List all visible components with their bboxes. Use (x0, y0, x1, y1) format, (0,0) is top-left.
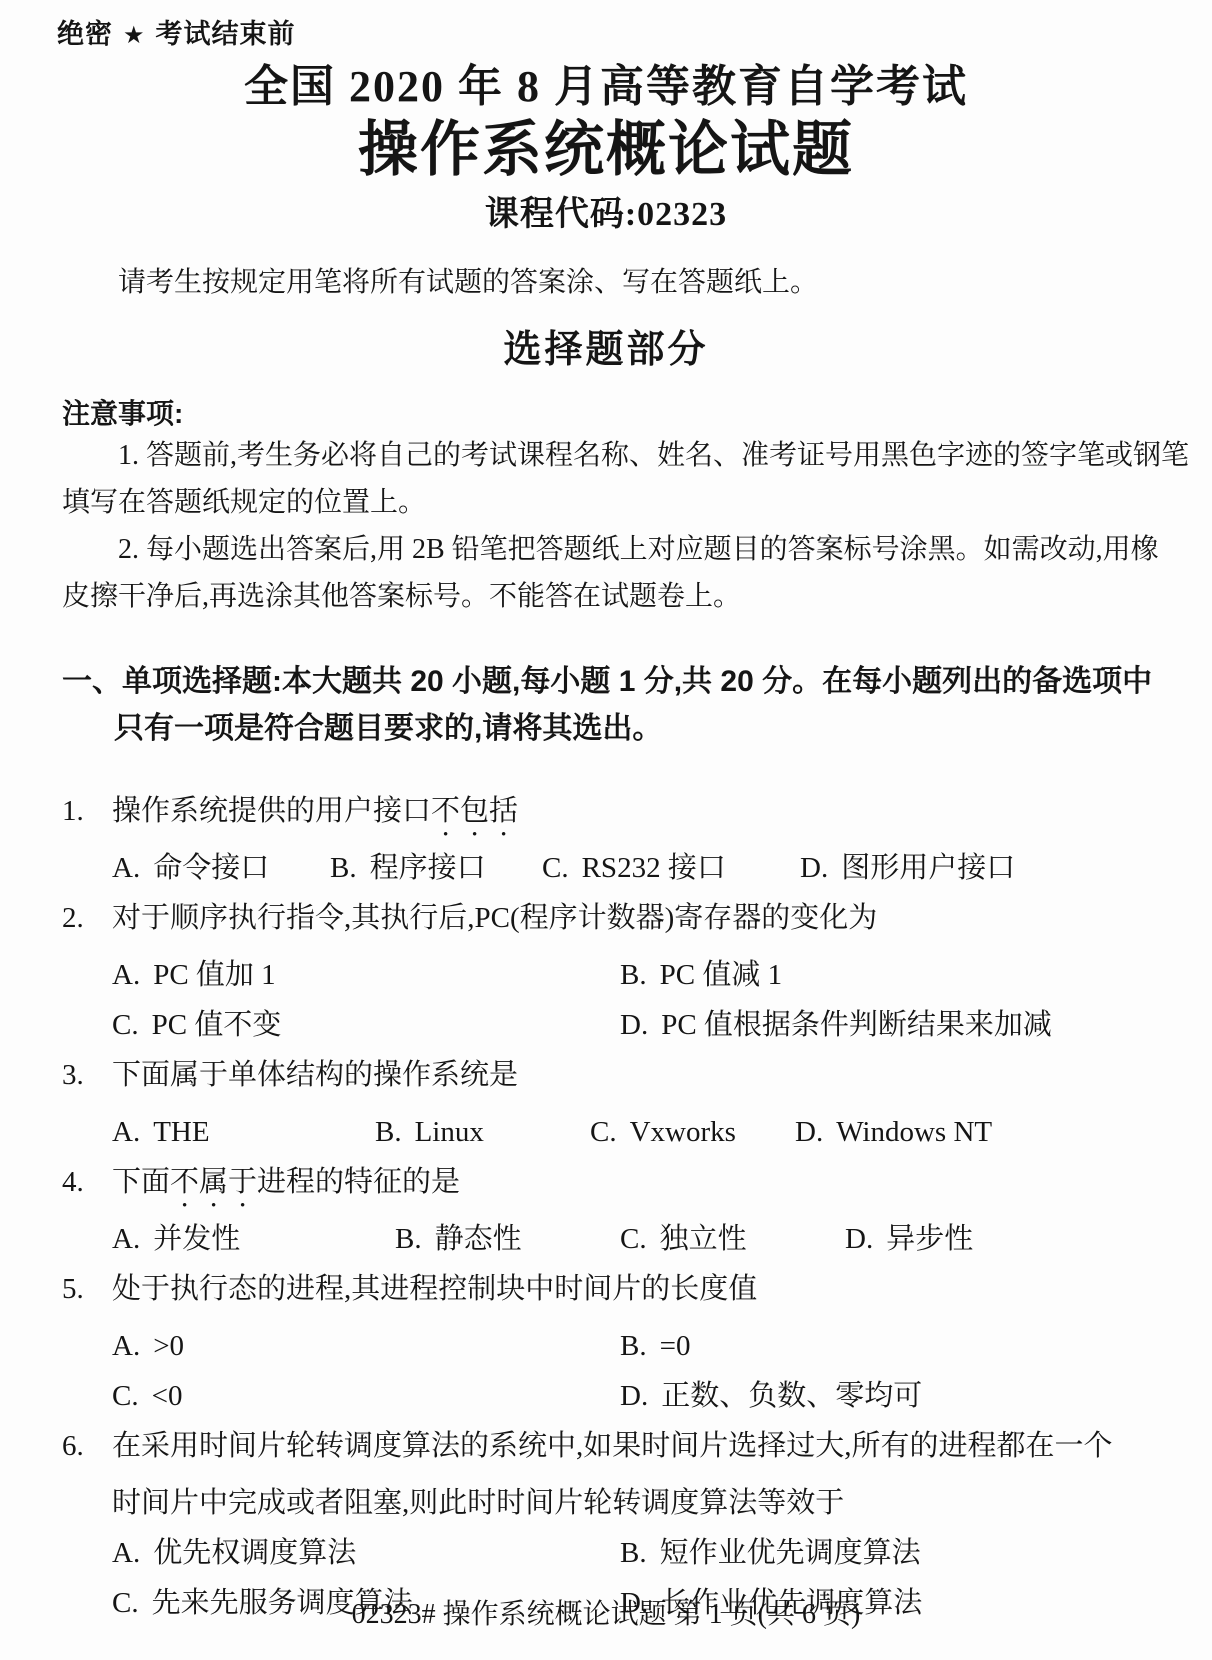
question-6-stem-line1: 在采用时间片轮转调度算法的系统中,如果时间片选择过大,所有的进程都在一个 (112, 1421, 1157, 1478)
question-3-options: A.THE B.Linux C.Vxworks D.Windows NT (62, 1107, 1157, 1157)
note-line-1: 1. 答题前,考生务必将自己的考试课程名称、姓名、准考证号用黑色字迹的签字笔或钢… (62, 432, 1152, 479)
question-5-option-b: B.=0 (620, 1321, 1157, 1371)
paper-title: 操作系统概论试题 (0, 102, 1212, 188)
question-1-option-c: C.RS232 接口 (542, 843, 800, 893)
question-6-option-b: B.短作业优先调度算法 (620, 1528, 1157, 1578)
notes-title: 注意事项: (62, 392, 183, 432)
question-5-option-a: A.>0 (112, 1321, 620, 1371)
question-3: 3. 下面属于单体结构的操作系统是 A.THE B.Linux C.Vxwork… (62, 1050, 1157, 1157)
question-1-number: 1. (62, 786, 112, 843)
question-3-option-c: C.Vxworks (590, 1107, 795, 1157)
answer-sheet-instruction: 请考生按规定用笔将所有试题的答案涂、写在答题纸上。 (62, 260, 1150, 300)
question-6-number-spacer (62, 1478, 112, 1528)
course-code: 课程代码:02323 (0, 186, 1212, 235)
note-line-2: 填写在答题纸规定的位置上。 (62, 479, 1152, 526)
question-4: 4. 下面不属于进程的特征的是 A.并发性 B.静态性 C.独立性 D.异步性 (62, 1157, 1157, 1264)
part1-heading-line1: 一、单项选择题:本大题共 20 小题,每小题 1 分,共 20 分。在每小题列出… (62, 658, 1157, 705)
question-4-options: A.并发性 B.静态性 C.独立性 D.异步性 (62, 1214, 1157, 1264)
question-6-option-a: A.优先权调度算法 (112, 1528, 620, 1578)
question-2-option-b: B.PC 值减 1 (620, 950, 1157, 1000)
note-line-4: 皮擦干净后,再选涂其他答案标号。不能答在试题卷上。 (62, 573, 1152, 620)
note-line-3: 2. 每小题选出答案后,用 2B 铅笔把答题纸上对应题目的答案标号涂黑。如需改动… (62, 526, 1152, 573)
star-icon: ★ (113, 22, 156, 49)
question-1-option-a: A.命令接口 (112, 843, 330, 893)
page-footer: 02323# 操作系统概论试题 第 1 页(共 6 页) (0, 1592, 1212, 1632)
question-2-stem: 对于顺序执行指令,其执行后,PC(程序计数器)寄存器的变化为 (112, 893, 1157, 950)
part1-heading: 一、单项选择题:本大题共 20 小题,每小题 1 分,共 20 分。在每小题列出… (62, 658, 1157, 752)
question-5-options: A.>0 B.=0 C.<0 D.正数、负数、零均可 (62, 1321, 1157, 1421)
question-3-stem: 下面属于单体结构的操作系统是 (112, 1050, 1157, 1107)
question-5-option-c: C.<0 (112, 1371, 620, 1421)
classification-label: 绝密 (57, 19, 113, 49)
question-3-option-a: A.THE (112, 1107, 375, 1157)
question-2-options: A.PC 值加 1 B.PC 值减 1 C.PC 值不变 D.PC 值根据条件判… (62, 950, 1157, 1050)
question-4-stem: 下面不属于进程的特征的是 (112, 1157, 1157, 1214)
question-4-option-a: A.并发性 (112, 1214, 395, 1264)
question-1-option-b: B.程序接口 (330, 843, 542, 893)
question-1-option-d: D.图形用户接口 (800, 843, 1157, 893)
question-4-option-d: D.异步性 (845, 1214, 1157, 1264)
questions-list: 1. 操作系统提供的用户接口不包括 A.命令接口 B.程序接口 C.RS232 … (62, 786, 1157, 1628)
question-2-option-c: C.PC 值不变 (112, 1000, 620, 1050)
question-1: 1. 操作系统提供的用户接口不包括 A.命令接口 B.程序接口 C.RS232 … (62, 786, 1157, 893)
question-2: 2. 对于顺序执行指令,其执行后,PC(程序计数器)寄存器的变化为 A.PC 值… (62, 893, 1157, 1050)
classification-banner: 绝密★考试结束前 (57, 12, 296, 51)
section-heading-multiple-choice: 选择题部分 (0, 318, 1212, 373)
question-2-option-d: D.PC 值根据条件判断结果来加减 (620, 1000, 1157, 1050)
question-3-option-d: D.Windows NT (795, 1107, 1157, 1157)
question-4-option-b: B.静态性 (395, 1214, 620, 1264)
question-4-option-c: C.独立性 (620, 1214, 845, 1264)
part1-heading-line2: 只有一项是符合题目要求的,请将其选出。 (62, 705, 1157, 752)
question-6-number: 6. (62, 1421, 112, 1478)
question-6-stem-line2: 时间片中完成或者阻塞,则此时时间片轮转调度算法等效于 (112, 1478, 1157, 1528)
question-1-options: A.命令接口 B.程序接口 C.RS232 接口 D.图形用户接口 (62, 843, 1157, 893)
question-5-option-d: D.正数、负数、零均可 (620, 1371, 1157, 1421)
question-3-option-b: B.Linux (375, 1107, 590, 1157)
classification-note: 考试结束前 (156, 19, 296, 49)
question-1-stem-emphasis: 不包括 (431, 795, 518, 827)
question-3-number: 3. (62, 1050, 112, 1107)
question-4-stem-emphasis: 不属于 (170, 1166, 257, 1198)
question-5-stem: 处于执行态的进程,其进程控制块中时间片的长度值 (112, 1264, 1157, 1321)
question-4-number: 4. (62, 1157, 112, 1214)
question-5-number: 5. (62, 1264, 112, 1321)
question-1-stem: 操作系统提供的用户接口不包括 (112, 786, 1157, 843)
exam-paper-page: 绝密★考试结束前 全国 2020 年 8 月高等教育自学考试 操作系统概论试题 … (0, 0, 1212, 1660)
question-5: 5. 处于执行态的进程,其进程控制块中时间片的长度值 A.>0 B.=0 C.<… (62, 1264, 1157, 1421)
notes-block: 1. 答题前,考生务必将自己的考试课程名称、姓名、准考证号用黑色字迹的签字笔或钢… (62, 432, 1152, 620)
question-2-option-a: A.PC 值加 1 (112, 950, 620, 1000)
question-2-number: 2. (62, 893, 112, 950)
